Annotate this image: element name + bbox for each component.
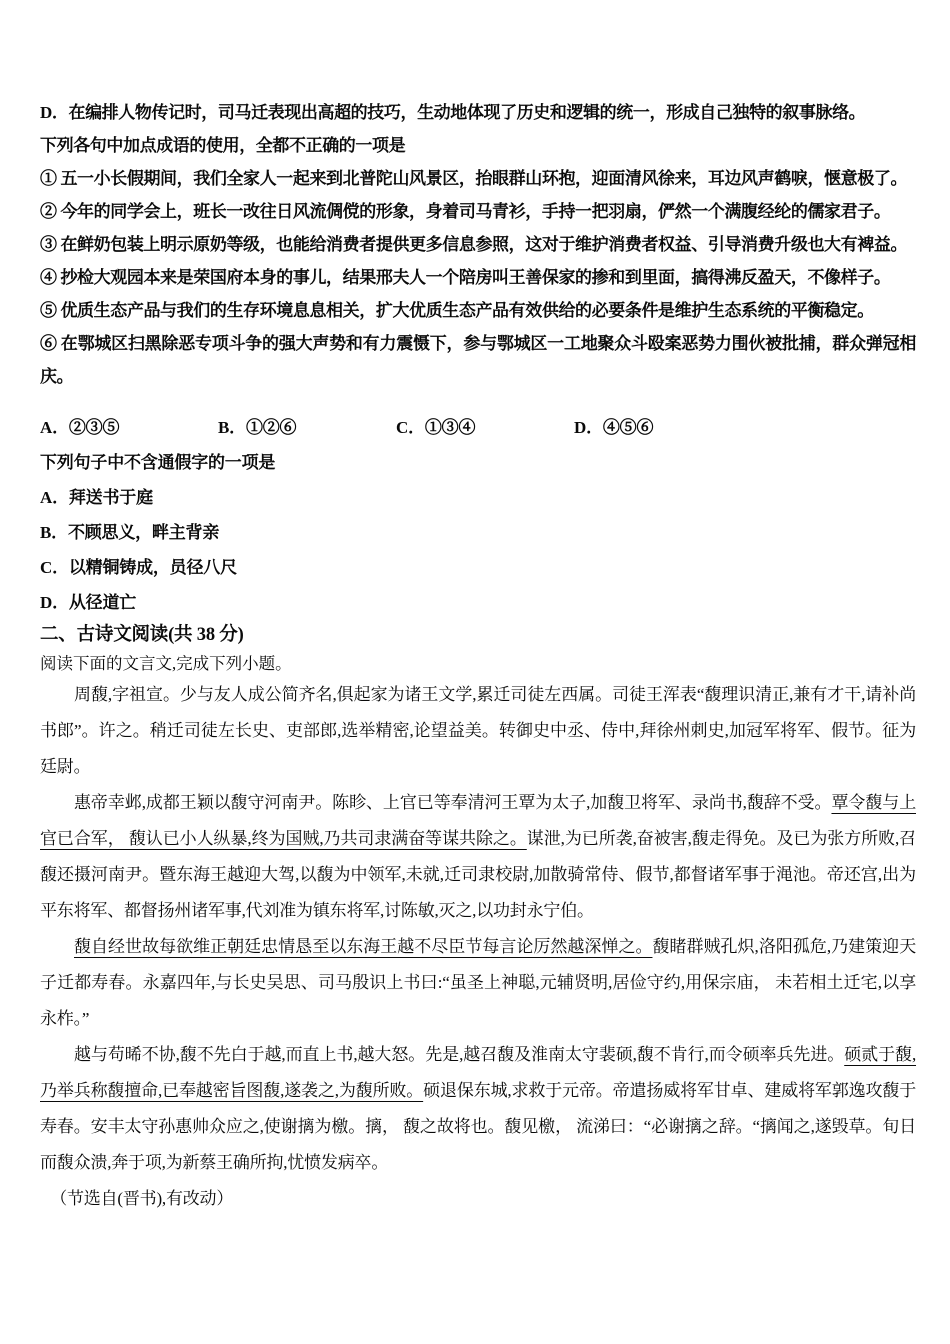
idiom-item-6: ⑥ 在鄂城区扫黑除恶专项斗争的强大声势和有力震慑下，参与鄂城区一工地聚众斗殴案恶…	[40, 327, 916, 393]
passage-source: （节选自(晋书),有改动）	[40, 1181, 916, 1217]
idiom-option-b: B．①②⑥	[218, 410, 396, 445]
idiom-item-4: ④ 抄检大观园本来是荣国府本身的事儿，结果邢夫人一个陪房叫王善保家的掺和到里面，…	[40, 261, 916, 294]
classical-paragraph-2: 惠帝幸邺,成都王颖以馥守河南尹。陈眕、上官已等奉清河王覃为太子,加馥卫将军、录尚…	[40, 785, 916, 929]
passage-intro: 阅读下面的文言文,完成下列小题。	[40, 651, 916, 677]
idiom-option-a: A．②③⑤	[40, 410, 218, 445]
tongjia-option-a: A．拜送书于庭	[40, 480, 916, 515]
passage-segment: 周馥,字祖宣。少与友人成公简齐名,俱起家为诸王文学,累迁司徒左西属。司徒王浑表“…	[40, 685, 916, 776]
idiom-option-c: C．①③④	[396, 410, 574, 445]
idiom-item-2: ② 今年的同学会上，班长一改往日风流倜傥的形象，身着司马青衫，手持一把羽扇，俨然…	[40, 195, 916, 228]
idiom-item-3: ③ 在鲜奶包装上明示原奶等级，也能给消费者提供更多信息参照，这对于维护消费者权益…	[40, 228, 916, 261]
section2-header: 二、古诗文阅读(共 38 分)	[40, 620, 916, 651]
idiom-item-5: ⑤ 优质生态产品与我们的生存环境息息相关，扩大优质生态产品有效供给的必要条件是维…	[40, 294, 916, 327]
exam-page: D．在编排人物传记时，司马迁表现出高超的技巧，生动地体现了历史和逻辑的统一，形成…	[0, 0, 950, 1344]
idiom-option-d: D．④⑤⑥	[574, 410, 653, 445]
classical-paragraph-4: 越与苟晞不协,馥不先白于越,而直上书,越大怒。先是,越召馥及淮南太守裴硕,馥不肯…	[40, 1037, 916, 1181]
passage-segment: 惠帝幸邺,成都王颖以馥守河南尹。陈眕、上官已等奉清河王覃为太子,加馥卫将军、录尚…	[74, 793, 831, 812]
tongjia-option-d: D．从径道亡	[40, 585, 916, 620]
classical-paragraph-3: 馥自经世故每欲维正朝廷忠情恳至以东海王越不尽臣节每言论厉然越深惮之。馥睹群贼孔炽…	[40, 929, 916, 1037]
passage-segment: 越与苟晞不协,馥不先白于越,而直上书,越大怒。先是,越召馥及淮南太守裴硕,馥不肯…	[74, 1045, 844, 1064]
tongjia-question-stem: 下列句子中不含通假字的一项是	[40, 445, 916, 480]
underlined-segment: 馥自经世故每欲维正朝廷忠情恳至以东海王越不尽臣节每言论厉然越深惮之。	[74, 937, 652, 956]
tongjia-option-b: B．不顾思义，畔主背亲	[40, 515, 916, 550]
prev-question-option-d: D．在编排人物传记时，司马迁表现出高超的技巧，生动地体现了历史和逻辑的统一，形成…	[40, 96, 916, 129]
idiom-question-stem: 下列各句中加点成语的使用，全都不正确的一项是	[40, 129, 916, 162]
classical-passage: 周馥,字祖宣。少与友人成公简齐名,俱起家为诸王文学,累迁司徒左西属。司徒王浑表“…	[40, 677, 916, 1217]
tongjia-option-c: C．以精铜铸成，员径八尺	[40, 550, 916, 585]
classical-paragraph-1: 周馥,字祖宣。少与友人成公简齐名,俱起家为诸王文学,累迁司徒左西属。司徒王浑表“…	[40, 677, 916, 785]
idiom-answer-options-row: A．②③⑤B．①②⑥C．①③④D．④⑤⑥	[40, 410, 916, 445]
idiom-item-1: ① 五一小长假期间，我们全家人一起来到北普陀山风景区，抬眼群山环抱，迎面清风徐来…	[40, 162, 916, 195]
